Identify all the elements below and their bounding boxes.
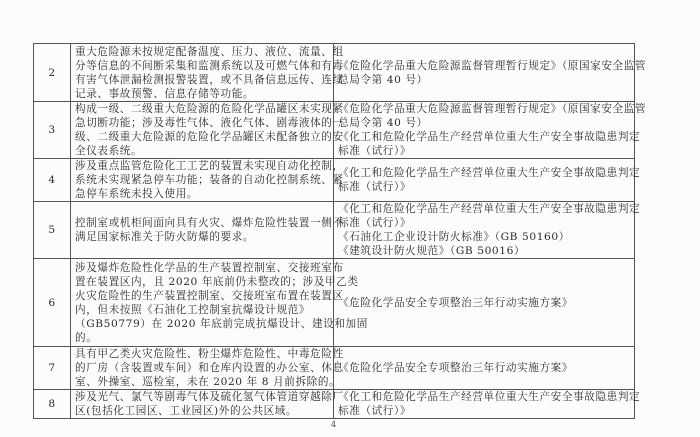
- description-line: 控制室或机柜间面向具有火灾、爆炸危险性装置一侧不: [75, 216, 329, 230]
- hazard-description: 控制室或机柜间面向具有火灾、爆炸危险性装置一侧不满足国家标准关于防火防爆的要求。: [71, 202, 334, 259]
- table-row: 5控制室或机柜间面向具有火灾、爆炸危险性装置一侧不满足国家标准关于防火防爆的要求…: [34, 202, 635, 259]
- row-number: 4: [34, 159, 71, 202]
- basis-line: 总局令第 40 号）: [338, 73, 630, 87]
- description-line: 满足国家标准关于防火防爆的要求。: [75, 230, 329, 244]
- description-line: 置在装置区内，且 2020 年底前仍未整改的；涉及甲乙类: [75, 275, 329, 289]
- description-line: 急切断功能；涉及毒性气体、液化气体、剧毒液体的一: [75, 116, 329, 130]
- basis-line: 《危险化学品重大危险源监督管理暂行规定》（原国家安全监管: [338, 59, 630, 73]
- legal-basis: 《危险化学品安全专项整治三年行动实施方案》: [334, 259, 635, 347]
- hazard-description: 构成一级、二级重大危险源的危险化学品罐区未实现紧急切断功能；涉及毒性气体、液化气…: [71, 102, 334, 159]
- description-line: 涉及重点监管危险化工工艺的装置未实现自动化控制，: [75, 159, 329, 173]
- row-number: 6: [34, 259, 71, 347]
- description-line: 有害气体泄漏检测报警装置，或不具备信息远传、连续: [75, 73, 329, 87]
- description-line: 的厂房（含装置或车间）和仓库内设置的办公室、休息: [75, 361, 329, 375]
- basis-line: 总局令第 40 号）: [338, 116, 630, 130]
- description-line: 室、外操室、巡检室，未在 2020 年 8 月前拆除的。: [75, 375, 329, 389]
- legal-basis: 《化工和危险化学品生产经营单位重大生产安全事故隐患判定标准（试行）》《石油化工企…: [334, 202, 635, 259]
- basis-line: 《化工和危险化学品生产经营单位重大生产安全事故隐患判定: [338, 166, 630, 180]
- row-number: 2: [34, 44, 71, 102]
- row-number: 3: [34, 102, 71, 159]
- description-line: 内，但未按照《石油化工控制室抗爆设计规范》: [75, 303, 329, 317]
- basis-line: 《化工和危险化学品生产经营单位重大生产安全事故隐患判定: [338, 130, 630, 144]
- legal-basis: 《危险化学品重大危险源监督管理暂行规定》（原国家安全监管总局令第 40 号）《化…: [334, 102, 635, 159]
- document-page: 2重大危险源未按规定配备温度、压力、液位、流量、组分等信息的不间断采集和监测系统…: [0, 0, 700, 437]
- basis-line: 标准（试行）》: [338, 144, 630, 158]
- page-number: 4: [331, 420, 336, 429]
- row-number: 5: [34, 202, 71, 259]
- hazard-description: 涉及重点监管危险化工工艺的装置未实现自动化控制，系统未实现紧急停车功能；装备的自…: [71, 159, 334, 202]
- hazard-description: 具有甲乙类火灾危险性、粉尘爆炸危险性、中毒危险性的厂房（含装置或车间）和仓库内设…: [71, 347, 334, 390]
- table-row: 6涉及爆炸危险性化学品的生产装置控制室、交接班室布置在装置区内，且 2020 年…: [34, 259, 635, 347]
- hazard-table: 2重大危险源未按规定配备温度、压力、液位、流量、组分等信息的不间断采集和监测系统…: [33, 43, 635, 419]
- basis-line: 《建筑设计防火规范》（GB 50016）: [338, 244, 630, 258]
- description-line: 构成一级、二级重大危险源的危险化学品罐区未实现紧: [75, 102, 329, 116]
- basis-line: 标准（试行）》: [338, 216, 630, 230]
- basis-line: 《石油化工企业设计防火标准》（GB 50160）: [338, 230, 630, 244]
- basis-line: 《危险化学品重大危险源监督管理暂行规定》（原国家安全监管: [338, 102, 630, 116]
- basis-line: 《危险化学品安全专项整治三年行动实施方案》: [338, 296, 630, 310]
- row-number: 7: [34, 347, 71, 390]
- description-line: 具有甲乙类火灾危险性、粉尘爆炸危险性、中毒危险性: [75, 347, 329, 361]
- description-line: 分等信息的不间断采集和监测系统以及可燃气体和有毒: [75, 59, 329, 73]
- basis-line: 《化工和危险化学品生产经营单位重大生产安全事故隐患判定: [338, 202, 630, 216]
- hazard-description: 涉及光气、氯气等剧毒气体及硫化氢气体管道穿越除厂区(包括化工园区、工业园区)外的…: [71, 390, 334, 419]
- description-line: 系统未实现紧急停车功能；装备的自动化控制系统、紧: [75, 173, 329, 187]
- row-number: 8: [34, 390, 71, 419]
- basis-line: 标准（试行）》: [338, 404, 630, 418]
- description-line: 级、二级重大危险源的危险化学品罐区未配备独立的安: [75, 130, 329, 144]
- table-row: 4涉及重点监管危险化工工艺的装置未实现自动化控制，系统未实现紧急停车功能；装备的…: [34, 159, 635, 202]
- basis-line: 标准（试行）》: [338, 180, 630, 194]
- description-line: 火灾危险性的生产装置控制室、交接班室布置在装置区: [75, 289, 329, 303]
- description-line: 区(包括化工园区、工业园区)外的公共区域。: [75, 404, 329, 418]
- description-line: 重大危险源未按规定配备温度、压力、液位、流量、组: [75, 45, 329, 59]
- legal-basis: 《化工和危险化学品生产经营单位重大生产安全事故隐患判定标准（试行）》: [334, 159, 635, 202]
- table-row: 7具有甲乙类火灾危险性、粉尘爆炸危险性、中毒危险性的厂房（含装置或车间）和仓库内…: [34, 347, 635, 390]
- description-line: 涉及光气、氯气等剧毒气体及硫化氢气体管道穿越除厂: [75, 390, 329, 404]
- hazard-description: 重大危险源未按规定配备温度、压力、液位、流量、组分等信息的不间断采集和监测系统以…: [71, 44, 334, 102]
- description-line: （GB50779）在 2020 年底前完成抗爆设计、建设和加固: [75, 317, 329, 331]
- legal-basis: 《危险化学品重大危险源监督管理暂行规定》（原国家安全监管总局令第 40 号）: [334, 44, 635, 102]
- legal-basis: 《化工和危险化学品生产经营单位重大生产安全事故隐患判定标准（试行）》: [334, 390, 635, 419]
- description-line: 的。: [75, 331, 329, 345]
- description-line: 全仪表系统。: [75, 144, 329, 158]
- table-row: 3构成一级、二级重大危险源的危险化学品罐区未实现紧急切断功能；涉及毒性气体、液化…: [34, 102, 635, 159]
- table-row: 8涉及光气、氯气等剧毒气体及硫化氢气体管道穿越除厂区(包括化工园区、工业园区)外…: [34, 390, 635, 419]
- basis-line: 《危险化学品安全专项整治三年行动实施方案》: [338, 361, 630, 375]
- description-line: 急停车系统未投入使用。: [75, 187, 329, 201]
- legal-basis: 《危险化学品安全专项整治三年行动实施方案》: [334, 347, 635, 390]
- description-line: 涉及爆炸危险性化学品的生产装置控制室、交接班室布: [75, 261, 329, 275]
- description-line: 记录、事故预警、信息存储等功能。: [75, 87, 329, 101]
- table-row: 2重大危险源未按规定配备温度、压力、液位、流量、组分等信息的不间断采集和监测系统…: [34, 44, 635, 102]
- hazard-description: 涉及爆炸危险性化学品的生产装置控制室、交接班室布置在装置区内，且 2020 年底…: [71, 259, 334, 347]
- basis-line: 《化工和危险化学品生产经营单位重大生产安全事故隐患判定: [338, 390, 630, 404]
